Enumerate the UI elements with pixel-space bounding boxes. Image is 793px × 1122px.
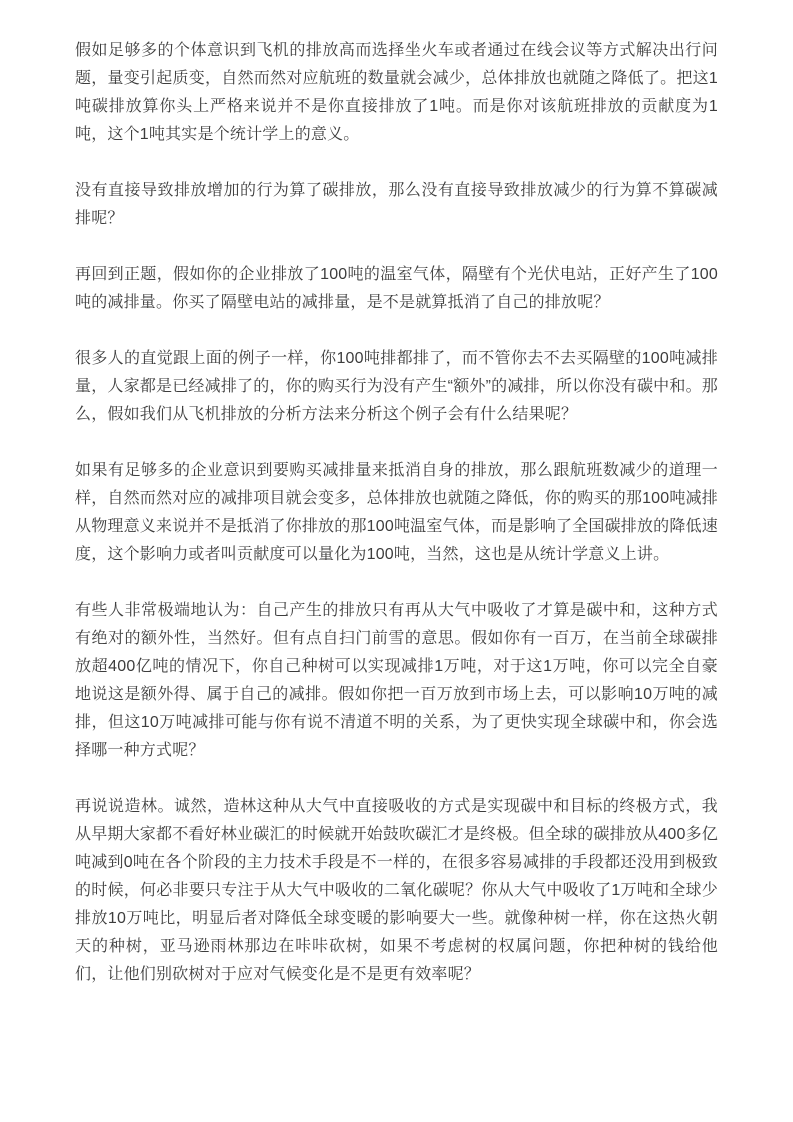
article-paragraph-7: 再说说造林。诚然，造林这种从大气中直接吸收的方式是实现碳中和目标的终极方式，我从… — [75, 793, 718, 989]
article-paragraph-2: 没有直接导致排放增加的行为算了碳排放，那么没有直接导致排放减少的行为算不算碳减排… — [75, 177, 718, 233]
article-paragraph-6: 有些人非常极端地认为：自己产生的排放只有再从大气中吸收了才算是碳中和，这种方式有… — [75, 597, 718, 765]
article-paragraph-3: 再回到正题，假如你的企业排放了100吨的温室气体，隔壁有个光伏电站，正好产生了1… — [75, 261, 718, 317]
article-paragraph-1: 假如足够多的个体意识到飞机的排放高而选择坐火车或者通过在线会议等方式解决出行问题… — [75, 37, 718, 149]
article-paragraph-5: 如果有足够多的企业意识到要购买减排量来抵消自身的排放，那么跟航班数减少的道理一样… — [75, 457, 718, 569]
article-body: 假如足够多的个体意识到飞机的排放高而选择坐火车或者通过在线会议等方式解决出行问题… — [75, 37, 718, 989]
article-paragraph-4: 很多人的直觉跟上面的例子一样，你100吨排都排了，而不管你去不去买隔壁的100吨… — [75, 345, 718, 429]
document-page: 假如足够多的个体意识到飞机的排放高而选择坐火车或者通过在线会议等方式解决出行问题… — [0, 0, 793, 1122]
